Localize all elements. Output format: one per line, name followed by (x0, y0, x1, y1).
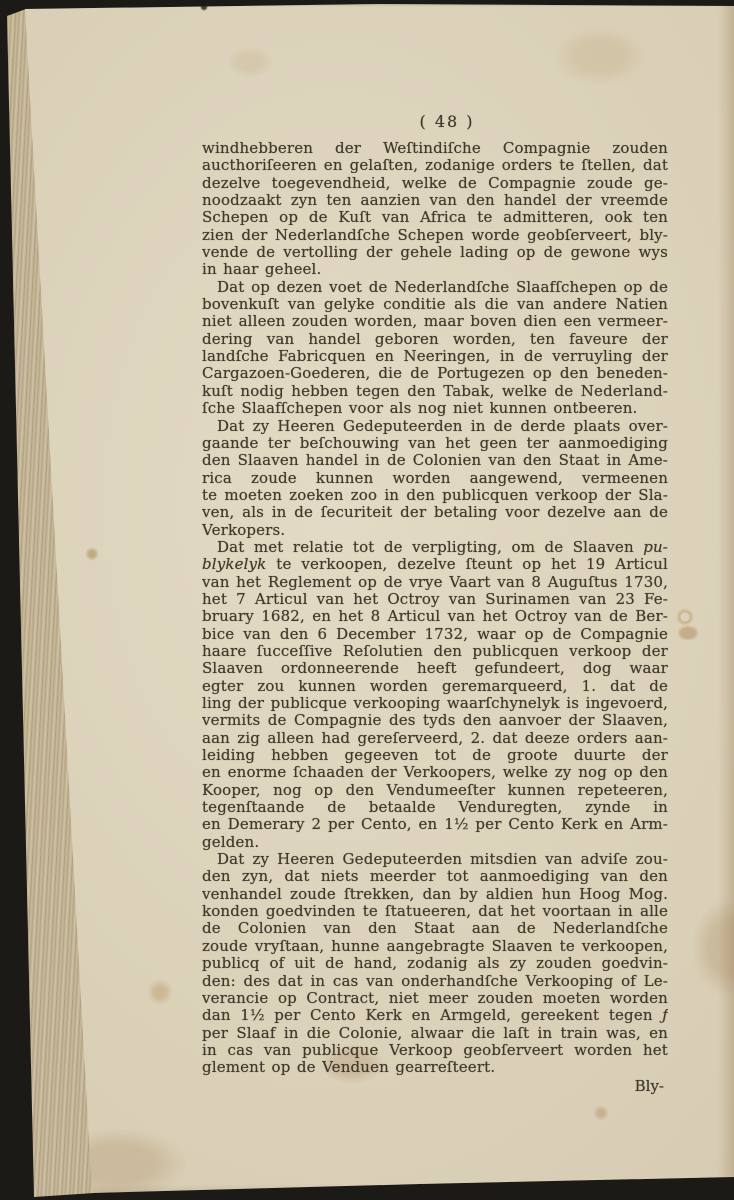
text-line: Dat op dezen voet de Nederlandſche Slaaf… (202, 279, 668, 296)
text-line: Dat zy Heeren Gedeputeerden mitsdien van… (202, 851, 668, 868)
text-line: dan 1½ per Cento Kerk en Armgeld, gereek… (202, 1007, 668, 1024)
text-line: in haar geheel. (202, 261, 668, 278)
text-line: publicq of uit de hand, zodanig als zy z… (202, 955, 668, 972)
text-line: ling der publicque verkooping waarſchyne… (202, 695, 668, 712)
text-line: kuſt nodig hebben tegen den Tabak, welke… (202, 383, 668, 400)
text-line: Dat zy Heeren Gedeputeerden in de derde … (202, 418, 668, 435)
text-line: verancie op Contract, niet meer zouden m… (202, 990, 668, 1007)
text-line: zien der Nederlandſche Schepen worde geo… (202, 227, 668, 244)
text-line: landſche Fabricquen en Neeringen, in de … (202, 348, 668, 365)
text-line: tegenſtaande de betaalde Venduregten, zy… (202, 799, 668, 816)
text-line: aucthoriſeeren en gelaſten, zodanige ord… (202, 157, 668, 174)
text-line: den zyn, dat niets meerder tot aanmoedig… (202, 868, 668, 885)
text-line: ſche Slaafſchepen voor als nog niet kunn… (202, 400, 668, 417)
text-line: te moeten zoeken zoo in den publicquen v… (202, 487, 668, 504)
text-line: windhebberen der Weſtindiſche Compagnie … (202, 140, 668, 157)
text-line: en enorme ſchaaden der Verkoopers, welke… (202, 764, 668, 781)
text-line: vende de vertolling der gehele lading op… (202, 244, 668, 261)
text-body: windhebberen der Weſtindiſche Compagnie … (202, 140, 668, 1077)
paragraph: Dat op dezen voet de Nederlandſche Slaaf… (202, 279, 668, 418)
text-line: dezelve toegevendheid, welke de Compagni… (202, 175, 668, 192)
paragraph: windhebberen der Weſtindiſche Compagnie … (202, 140, 668, 279)
text-line: vermits de Compagnie des tyds den aanvoe… (202, 712, 668, 729)
text-line: van het Reglement op de vrye Vaart van 8… (202, 574, 668, 591)
paragraph: Dat zy Heeren Gedeputeerden in de derde … (202, 418, 668, 539)
text-line: leiding hebben gegeeven tot de groote du… (202, 747, 668, 764)
text-line: bovenkuſt van gelyke conditie als die va… (202, 296, 668, 313)
text-line: per Slaaf in die Colonie, alwaar die laſ… (202, 1025, 668, 1042)
text-line: bice van den 6 December 1732, waar op de… (202, 626, 668, 643)
catchword: Bly- (202, 1078, 668, 1095)
text-line: niet alleen zouden worden, maar boven di… (202, 313, 668, 330)
text-line: aan zig alleen had gereſerveerd, 2. dat … (202, 730, 668, 747)
text-line: noodzaakt zyn ten aanzien van den handel… (202, 192, 668, 209)
text-line: glement op de Venduen gearreſteert. (202, 1059, 668, 1076)
text-line: het 7 Articul van het Octroy van Surinam… (202, 591, 668, 608)
text-line: blykelyk te verkoopen, dezelve ſteunt op… (202, 556, 668, 573)
text-line: Dat met relatie tot de verpligting, om d… (202, 539, 668, 556)
text-line: haare ſucceſſive Reſolutien den publicqu… (202, 643, 668, 660)
text-line: egter zou kunnen worden geremarqueerd, 1… (202, 678, 668, 695)
page-number-header: ( 48 ) (202, 111, 668, 133)
text-line: venhandel zoude ſtrekken, dan by aldien … (202, 886, 668, 903)
text-line: Schepen op de Kuſt van Africa te admitte… (202, 209, 668, 226)
scanned-book-photo: { "document": { "header": "( 48 )", "cat… (0, 0, 734, 1200)
text-line: ven, als in de ſecuriteit der betaling v… (202, 504, 668, 521)
text-line: zoude vryſtaan, hunne aangebragte Slaave… (202, 938, 668, 955)
text-line: bruary 1682, en het 8 Articul van het Oc… (202, 608, 668, 625)
text-line: dering van handel geboren worden, ten fa… (202, 331, 668, 348)
text-line: den Slaaven handel in de Colonien van de… (202, 452, 668, 469)
text-line: gelden. (202, 834, 668, 851)
text-line: en Demerary 2 per Cento, en 1½ per Cento… (202, 816, 668, 833)
paragraph: Dat zy Heeren Gedeputeerden mitsdien van… (202, 851, 668, 1076)
paragraph: Dat met relatie tot de verpligting, om d… (202, 539, 668, 851)
page-text-block: ( 48 ) windhebberen der Weſtindiſche Com… (202, 111, 668, 1095)
text-line: gaande ter beſchouwing van het geen ter … (202, 435, 668, 452)
text-line: de Colonien van den Staat aan de Nederla… (202, 920, 668, 937)
text-line: Slaaven ordonneerende heeft gefundeert, … (202, 660, 668, 677)
text-line: Cargazoen-Goederen, die de Portugezen op… (202, 365, 668, 382)
text-line: den: des dat in cas van onderhandſche Ve… (202, 973, 668, 990)
text-line: Kooper, nog op den Vendumeeſter kunnen r… (202, 782, 668, 799)
text-line: konden goedvinden te ſtatueeren, dat het… (202, 903, 668, 920)
text-line: Verkopers. (202, 522, 668, 539)
text-line: rica zoude kunnen worden aangewend, verm… (202, 470, 668, 487)
text-line: in cas van publicque Verkoop geobſerveer… (202, 1042, 668, 1059)
